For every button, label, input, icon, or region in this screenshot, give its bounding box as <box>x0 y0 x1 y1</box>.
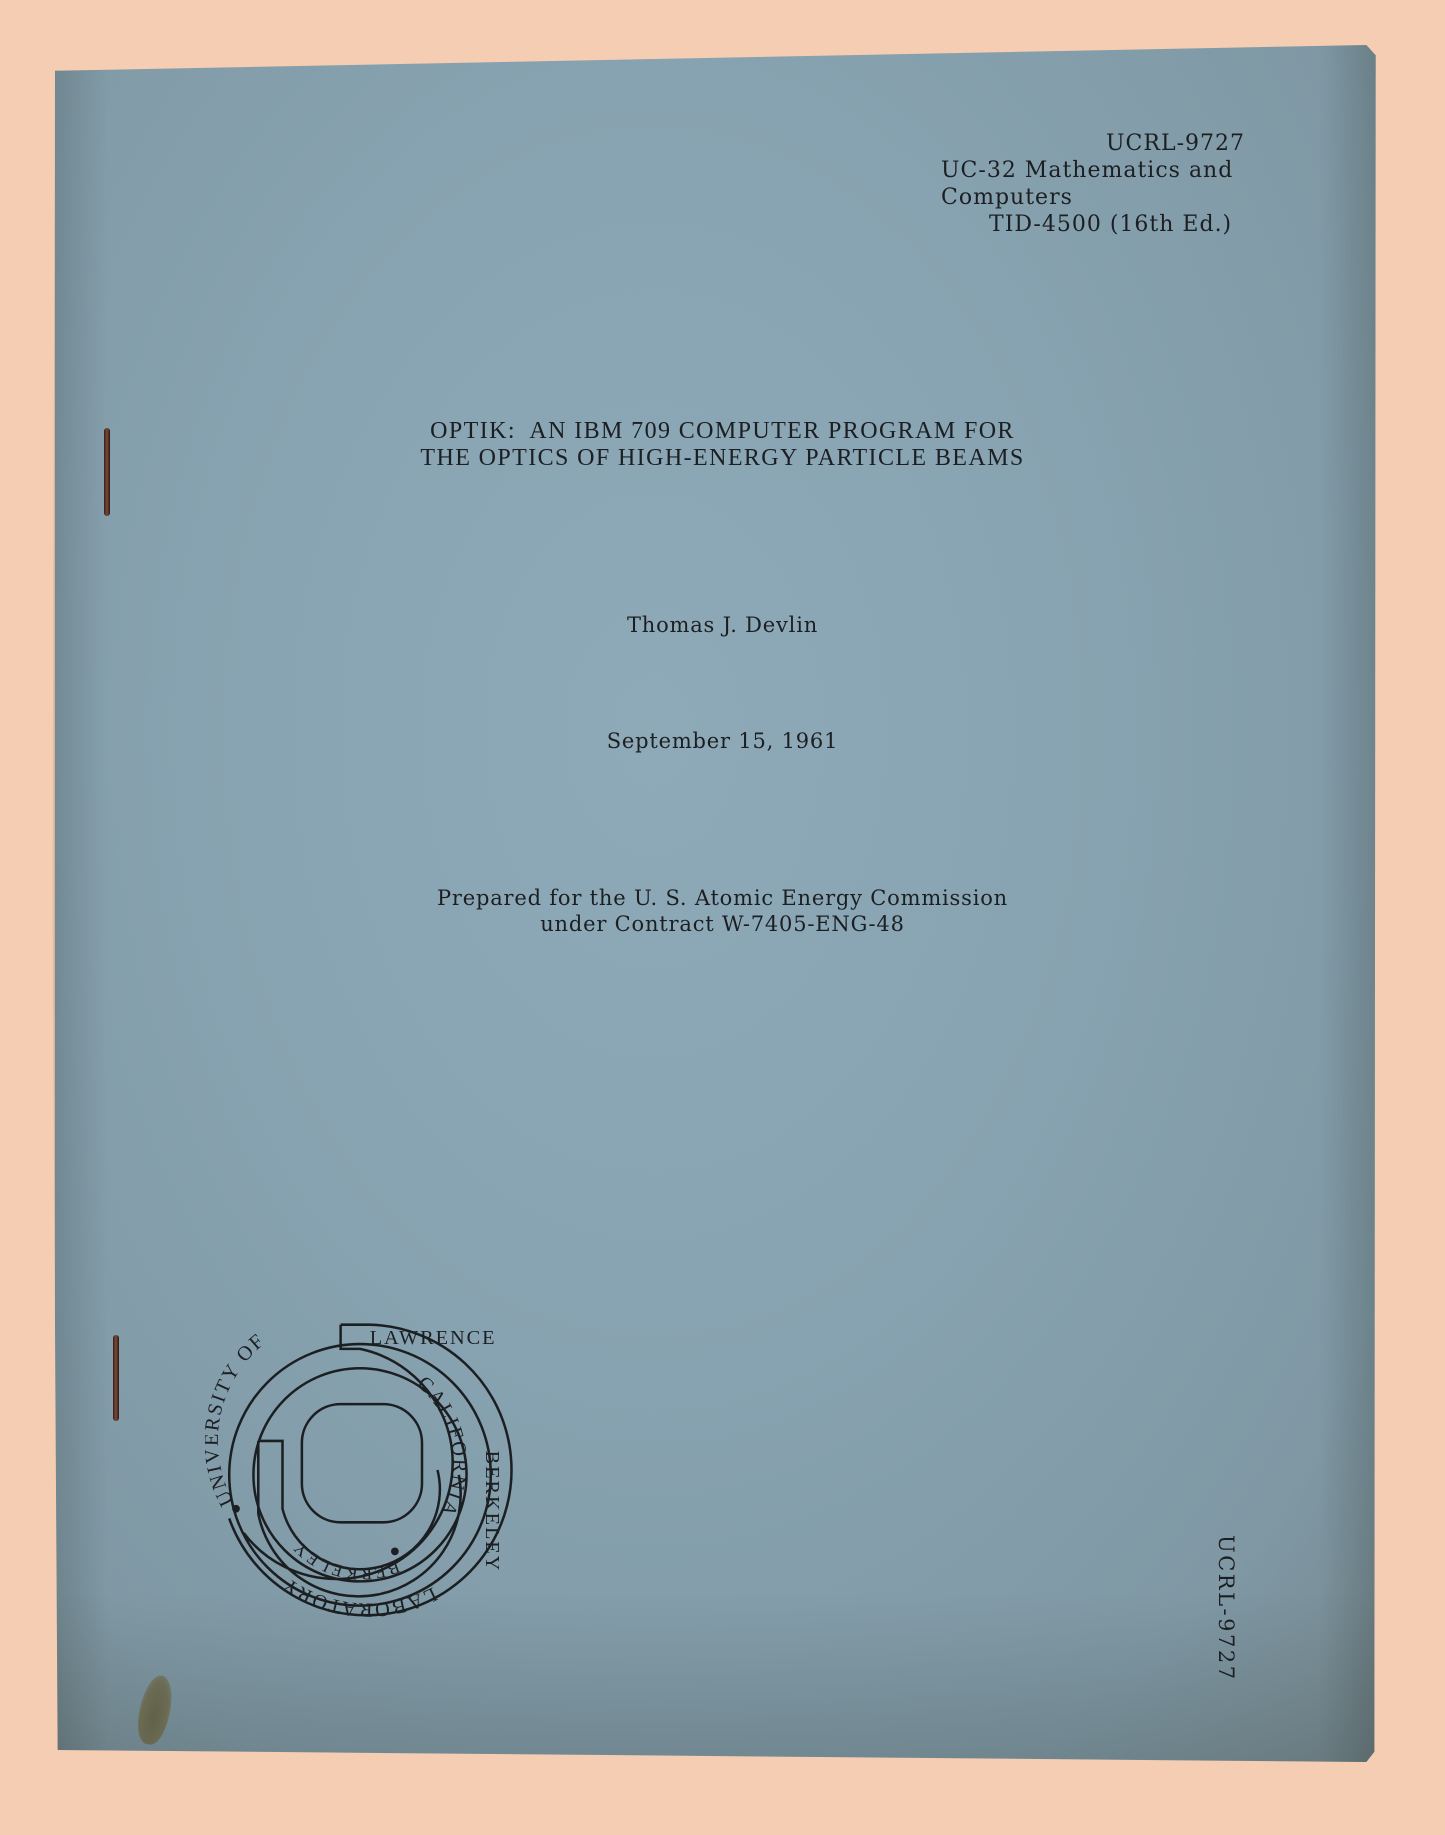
prepared-for-line-2: under Contract W-7405-ENG-48 <box>0 911 1445 937</box>
category-line-2: Computers <box>941 184 1245 211</box>
svg-text:UNIVERSITY OF: UNIVERSITY OF <box>205 1329 269 1509</box>
bottom-staple <box>113 1335 119 1421</box>
prepared-for: Prepared for the U. S. Atomic Energy Com… <box>0 885 1445 937</box>
document-title: OPTIK: AN IBM 709 COMPUTER PROGRAM FOR T… <box>0 418 1445 472</box>
distribution-code: TID-4500 (16th Ed.) <box>941 211 1245 238</box>
svg-text:BERKELEY: BERKELEY <box>481 1451 503 1573</box>
report-number: UCRL-9727 <box>941 130 1245 157</box>
author: Thomas J. Devlin <box>0 613 1445 637</box>
title-line-1: OPTIK: AN IBM 709 COMPUTER PROGRAM FOR <box>0 418 1445 445</box>
category-line-1: UC-32 Mathematics and <box>941 157 1245 184</box>
side-report-number: UCRL-9727 <box>1214 1535 1238 1735</box>
report-header: UCRL-9727 UC-32 Mathematics and Computer… <box>941 130 1245 238</box>
svg-text:BERKELEY: BERKELEY <box>288 1537 402 1584</box>
lawrence-berkeley-laboratory-seal-icon: UNIVERSITY OF CALIFORNIA BERKELEY LABORA… <box>205 1315 515 1625</box>
publication-date: September 15, 1961 <box>0 729 1445 753</box>
title-line-2: THE OPTICS OF HIGH-ENERGY PARTICLE BEAMS <box>0 445 1445 472</box>
svg-text:LAWRENCE: LAWRENCE <box>370 1327 497 1349</box>
prepared-for-line-1: Prepared for the U. S. Atomic Energy Com… <box>0 885 1445 911</box>
